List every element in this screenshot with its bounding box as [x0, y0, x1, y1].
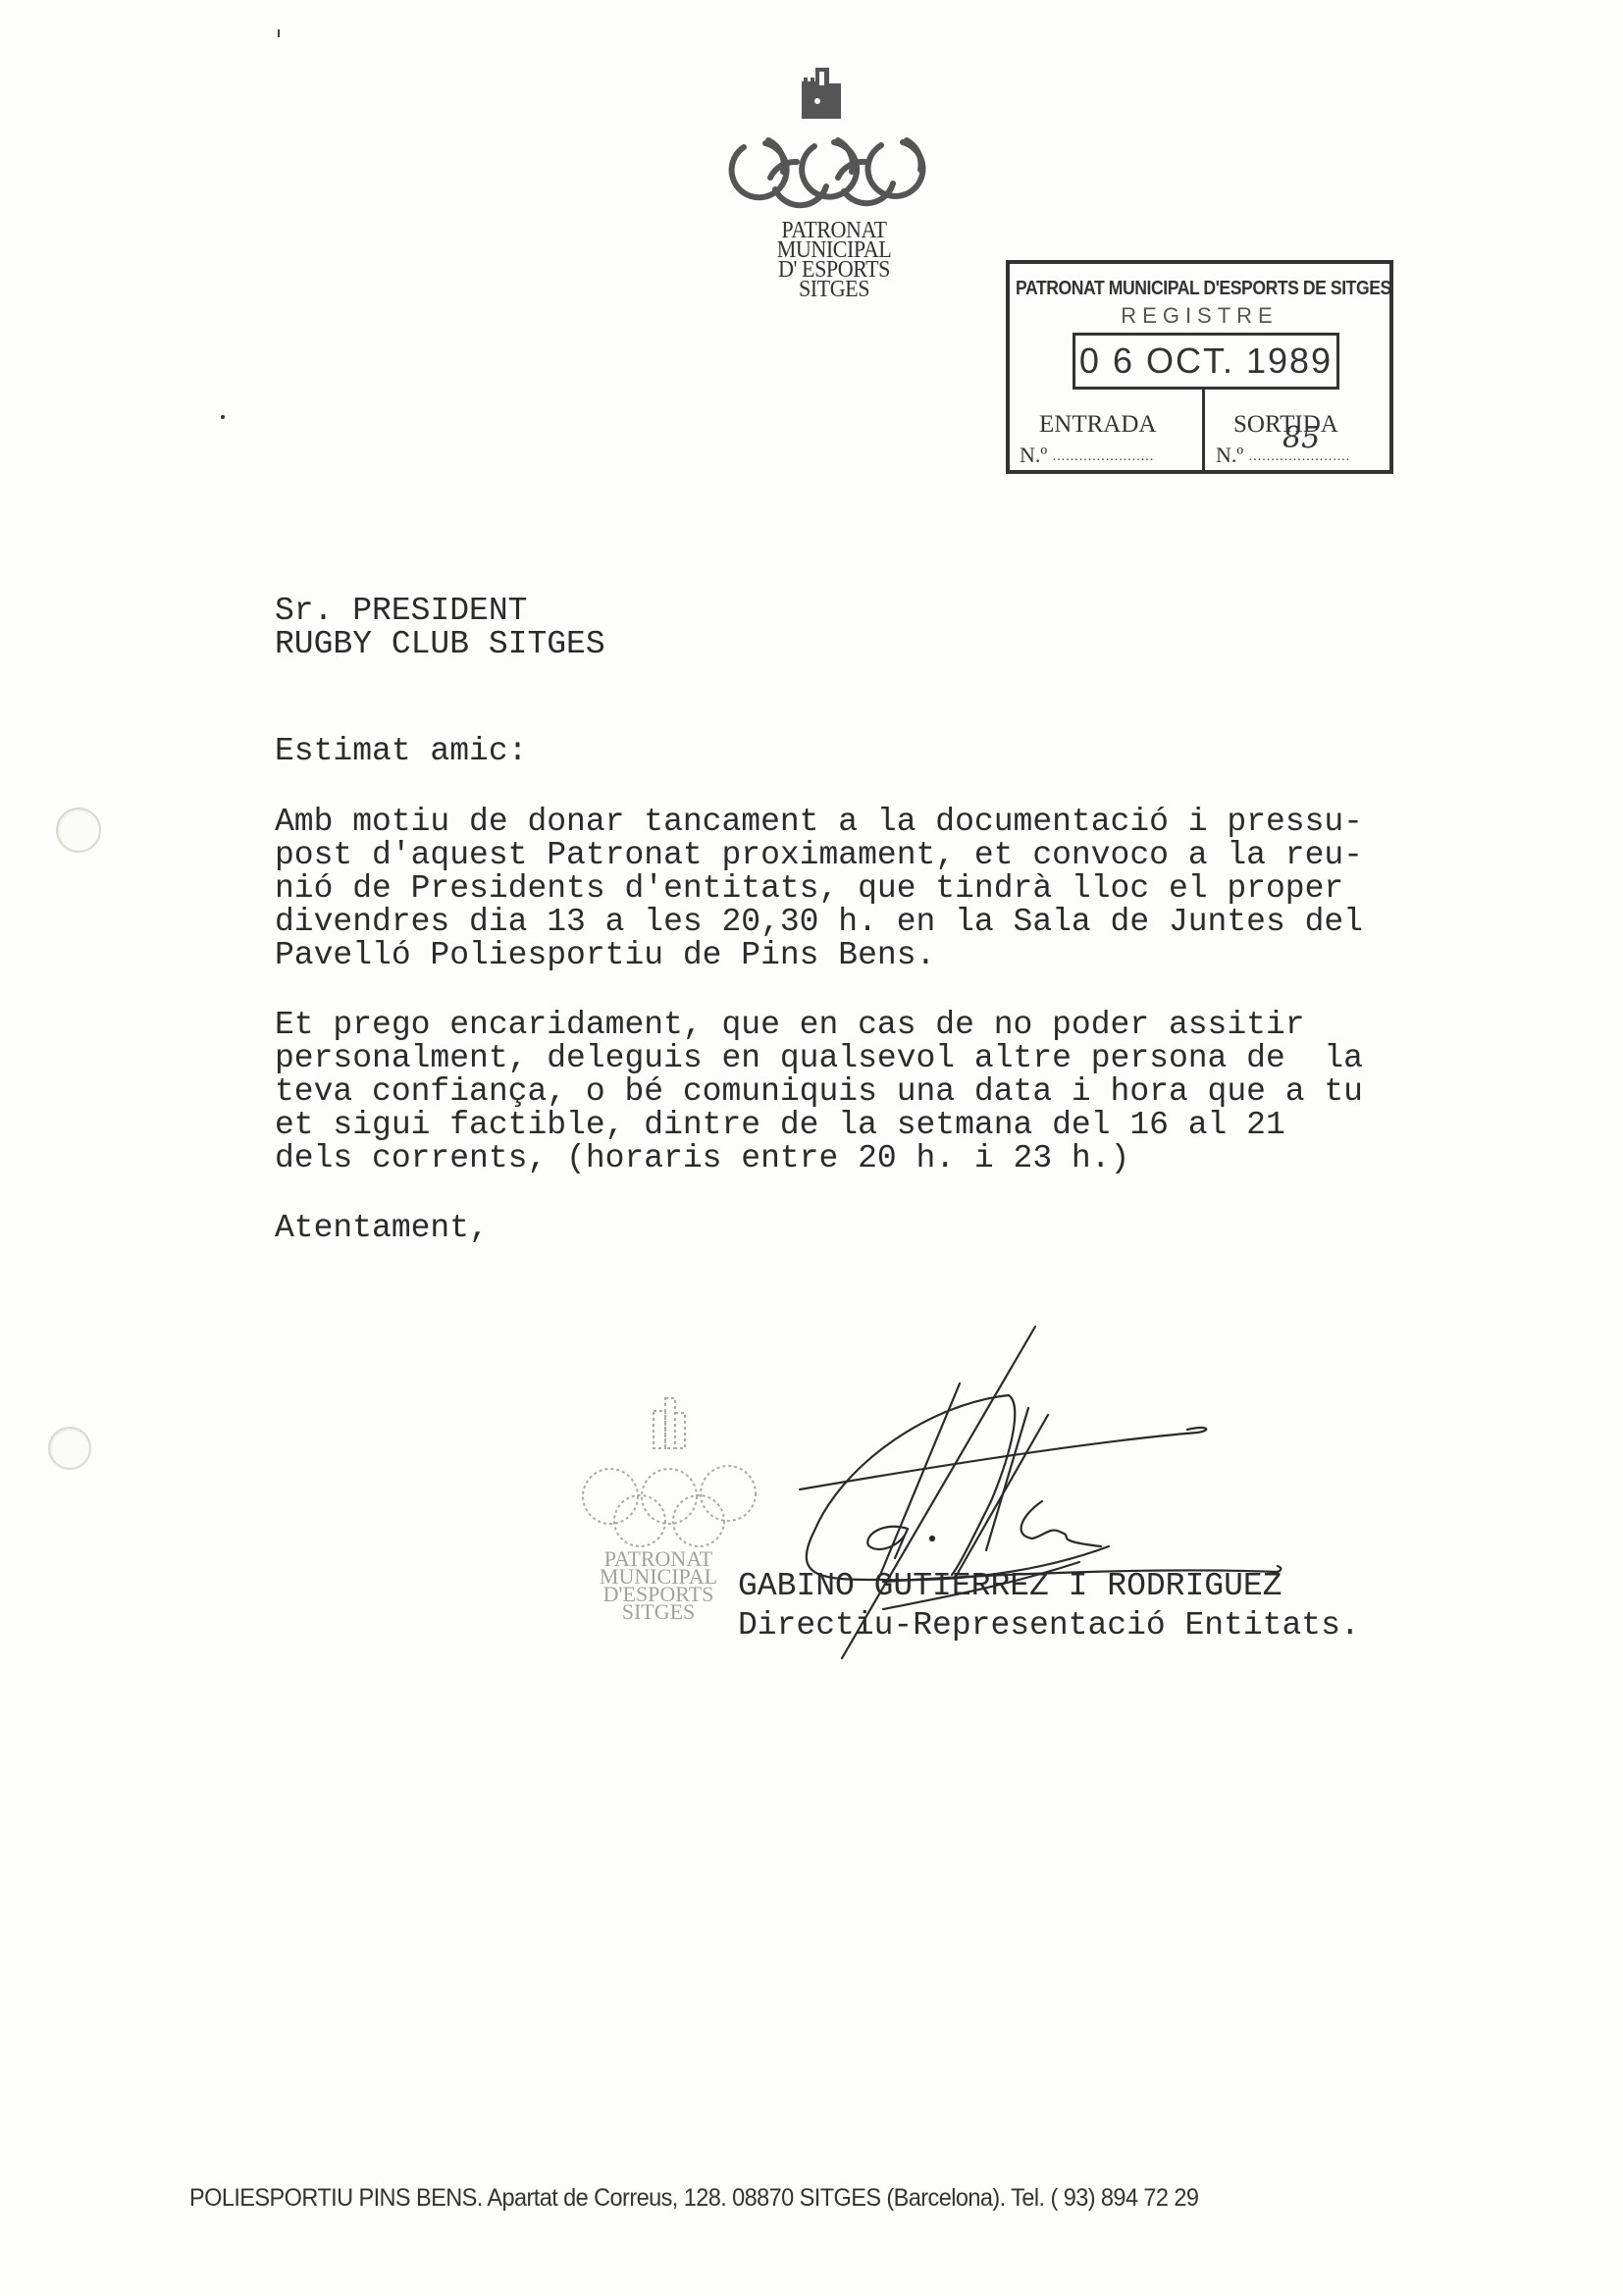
stamp-date: 0 6 OCT. 1989 — [1073, 333, 1339, 390]
letterhead: PATRONAT MUNICIPAL D' ESPORTS SITGES — [687, 54, 981, 309]
registry-stamp: PATRONAT MUNICIPAL D'ESPORTS DE SITGES R… — [1006, 260, 1393, 474]
stray-dot — [221, 415, 225, 419]
paragraph-line: Amb motiu de donar tancament a la docume… — [275, 806, 1363, 839]
stamp-entrada-number: N.º ....................... — [1020, 443, 1154, 468]
org-name: PATRONAT MUNICIPAL D' ESPORTS SITGES — [687, 221, 981, 299]
paragraph-line: dels corrents, (horaris entre 20 h. i 23… — [275, 1142, 1363, 1175]
stamp-sortida-no-label: N.º — [1216, 443, 1243, 467]
paragraph-2: Et prego encaridament, que en cas de no … — [275, 1009, 1363, 1175]
hole-punch-bottom — [48, 1427, 91, 1470]
paragraph-1: Amb motiu de donar tancament a la docume… — [275, 806, 1363, 972]
seal-line: SITGES — [575, 1603, 742, 1621]
stamp-entrada-no-label: N.º — [1020, 443, 1047, 467]
castle-olympic-rings-logo — [707, 54, 962, 221]
stamp-divider — [1202, 390, 1205, 474]
handwritten-signature — [785, 1315, 1295, 1678]
salutation: Estimat amic: — [275, 735, 527, 768]
stamp-title: REGISTRE — [1010, 303, 1389, 329]
footer-address: POLIESPORTIU PINS BENS. Apartat de Corre… — [189, 2184, 1198, 2213]
recipient-line-1: Sr. PRESIDENT — [275, 595, 527, 628]
paragraph-line: Pavelló Poliesportiu de Pins Bens. — [275, 939, 1363, 972]
stamp-entrada-label: ENTRADA — [1039, 411, 1156, 439]
dotted-line: ....................... — [1053, 449, 1155, 464]
paragraph-line: Et prego encaridament, que en cas de no … — [275, 1009, 1363, 1042]
paragraph-line: divendres dia 13 a les 20,30 h. en la Sa… — [275, 906, 1363, 939]
paragraph-line: post d'aquest Patronat proximament, et c… — [275, 839, 1363, 872]
paragraph-line: et sigui factible, dintre de la setmana … — [275, 1109, 1363, 1142]
stamp-org: PATRONAT MUNICIPAL D'ESPORTS DE SITGES — [1016, 278, 1343, 300]
paragraph-line: nió de Presidents d'entitats, que tindrà… — [275, 872, 1363, 906]
hole-punch-top — [56, 808, 101, 853]
recipient-line-2: RUGBY CLUB SITGES — [275, 628, 605, 661]
stamp-sortida-value: 85 — [1283, 421, 1320, 455]
seal-name: PATRONAT MUNICIPAL D'ESPORTS SITGES — [575, 1550, 742, 1621]
org-line-4: SITGES — [699, 280, 969, 299]
stray-mark — [278, 29, 280, 37]
seal-logo-icon — [575, 1383, 771, 1550]
closing: Atentament, — [275, 1212, 489, 1245]
paragraph-line: teva confiança, o bé comuniquis una data… — [275, 1075, 1363, 1109]
paragraph-line: personalment, deleguis en qualsevol altr… — [275, 1042, 1363, 1075]
